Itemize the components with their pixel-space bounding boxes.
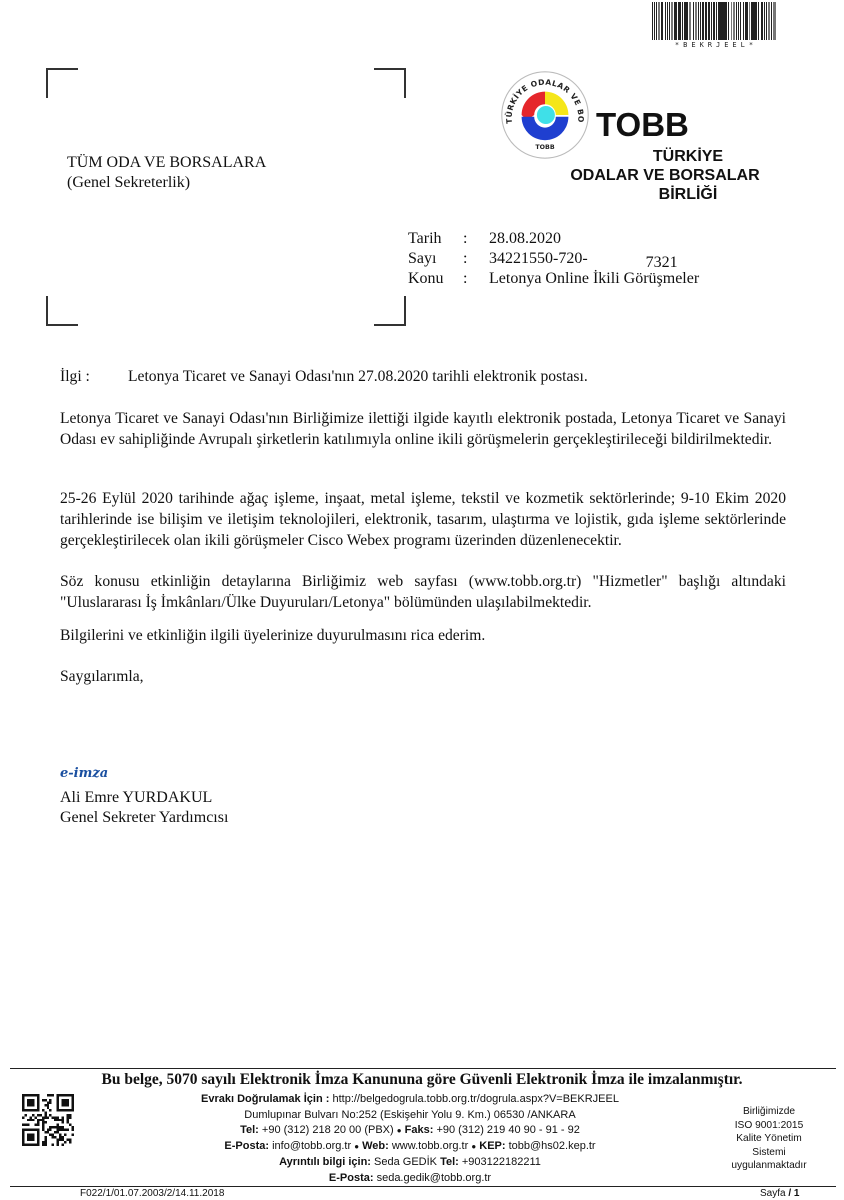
email-label: E-Posta: [224,1140,269,1152]
contact-label: Ayrıntılı bilgi için: [279,1156,371,1168]
contact-tel-label: Tel: [440,1156,459,1168]
contact-tel: +903122182211 [462,1156,541,1168]
reference-text: Letonya Ticaret ve Sanayi Odası'nın 27.0… [128,366,588,387]
signer-name: Ali Emre YURDAKUL [60,788,228,808]
contact-person-line: Ayrıntılı bilgi için: Seda GEDİK Tel: +9… [160,1155,660,1171]
number-value: 34221550-720- [489,249,588,269]
org-name-line1: TÜRKİYE [540,147,790,166]
number-separator: : [463,249,489,269]
body-paragraph-2: 25-26 Eylül 2020 tarihinde ağaç işleme, … [60,488,786,551]
contact-name: Seda GEDİK [374,1156,437,1168]
document-meta: Tarih : 28.08.2020 Sayı : 34221550-720- … [408,229,699,289]
barcode [652,2,780,40]
signer-title: Genel Sekreter Yardımcısı [60,808,228,828]
tel-value: +90 (312) 218 20 00 (PBX) [262,1124,394,1136]
date-value: 28.08.2020 [489,229,561,249]
kep-value: tobb@hs02.kep.tr [509,1140,596,1152]
date-label: Tarih [408,229,463,249]
form-code: F022/1/01.07.2003/2/14.11.2018 [80,1188,224,1199]
number-label: Sayı [408,249,463,269]
fax-label: Faks: [405,1124,434,1136]
meta-number-row: Sayı : 34221550-720- 7321 [408,249,699,269]
email-link[interactable]: info@tobb.org.tr [272,1140,351,1152]
recipient-name: TÜM ODA VE BORSALARA [67,153,266,173]
body-paragraph-3: Söz konusu etkinliğin detaylarına Birliğ… [60,571,786,613]
contact-email-label: E-Posta: [329,1172,374,1184]
page-value: / 1 [788,1188,799,1199]
verify-link[interactable]: http://belgedogrula.tobb.org.tr/dogrula.… [332,1093,619,1105]
iso-line: Birliğimizde [726,1105,812,1119]
email-web-line: E-Posta: info@tobb.org.tr ● Web: www.tob… [160,1139,660,1155]
iso-line: ISO 9001:2015 [726,1119,812,1133]
body-paragraph-1: Letonya Ticaret ve Sanayi Odası'nın Birl… [60,408,786,450]
contact-email-link[interactable]: seda.gedik@tobb.org.tr [377,1172,492,1184]
e-signature-legal-notice: Bu belge, 5070 sayılı Elektronik İmza Ka… [0,1071,844,1089]
reference-label: İlgi : [60,366,128,387]
bullet-separator: ● [397,1126,402,1135]
meta-date-row: Tarih : 28.08.2020 [408,229,699,249]
address-frame-corner-bottom-left [46,296,78,326]
body-paragraph-4: Bilgilerini ve etkinliğin ilgili üyeleri… [60,625,786,646]
bullet-separator: ● [471,1142,476,1151]
recipient-department: (Genel Sekreterlik) [67,173,266,193]
fax-value: +90 (312) 219 40 90 - 91 - 92 [436,1124,579,1136]
qr-code-icon [22,1094,74,1146]
phone-line: Tel: +90 (312) 218 20 00 (PBX) ● Faks: +… [160,1123,660,1139]
address-line: Dumlupınar Bulvarı No:252 (Eskişehir Yol… [160,1108,660,1124]
kep-label: KEP: [479,1140,505,1152]
address-frame-corner-top-right [374,68,406,98]
subject-label: Konu [408,269,463,289]
iso-line: uygulanmaktadır [726,1159,812,1173]
address-frame-corner-bottom-right [374,296,406,326]
org-name-line2: ODALAR VE BORSALAR [540,166,790,185]
bottom-divider [10,1186,836,1187]
e-signature-mark: e-imza [60,766,108,781]
tobb-acronym: TOBB [596,107,689,143]
footer-contact-info: Evrakı Doğrulamak İçin : http://belgedog… [160,1092,660,1186]
barcode-code: *BEKRJEEL* [652,41,780,49]
signer-block: Ali Emre YURDAKUL Genel Sekreter Yardımc… [60,788,228,828]
tel-label: Tel: [240,1124,259,1136]
address-frame-corner-top-left [46,68,78,98]
recipient-block: TÜM ODA VE BORSALARA (Genel Sekreterlik) [67,153,266,193]
number-suffix: 7321 [646,253,678,273]
reference-line: İlgi : Letonya Ticaret ve Sanayi Odası'n… [60,366,588,387]
footer-divider [10,1068,836,1069]
date-separator: : [463,229,489,249]
org-name-line3: BİRLİĞİ [540,185,790,204]
page-label: Sayfa [760,1188,786,1199]
organization-name: TÜRKİYE ODALAR VE BORSALAR BİRLİĞİ [540,147,790,204]
bullet-separator: ● [354,1142,359,1151]
page-number: Sayfa / 1 [760,1188,799,1199]
web-link[interactable]: www.tobb.org.tr [392,1140,468,1152]
verify-label: Evrakı Doğrulamak İçin : [201,1093,329,1105]
closing-salutation: Saygılarımla, [60,666,786,687]
contact-email-line: E-Posta: seda.gedik@tobb.org.tr [160,1171,660,1187]
iso-certification-note: Birliğimizde ISO 9001:2015 Kalite Yöneti… [726,1105,812,1173]
web-label: Web: [362,1140,389,1152]
verify-line: Evrakı Doğrulamak İçin : http://belgedog… [160,1092,660,1108]
iso-line: Sistemi [726,1146,812,1160]
iso-line: Kalite Yönetim [726,1132,812,1146]
subject-separator: : [463,269,489,289]
